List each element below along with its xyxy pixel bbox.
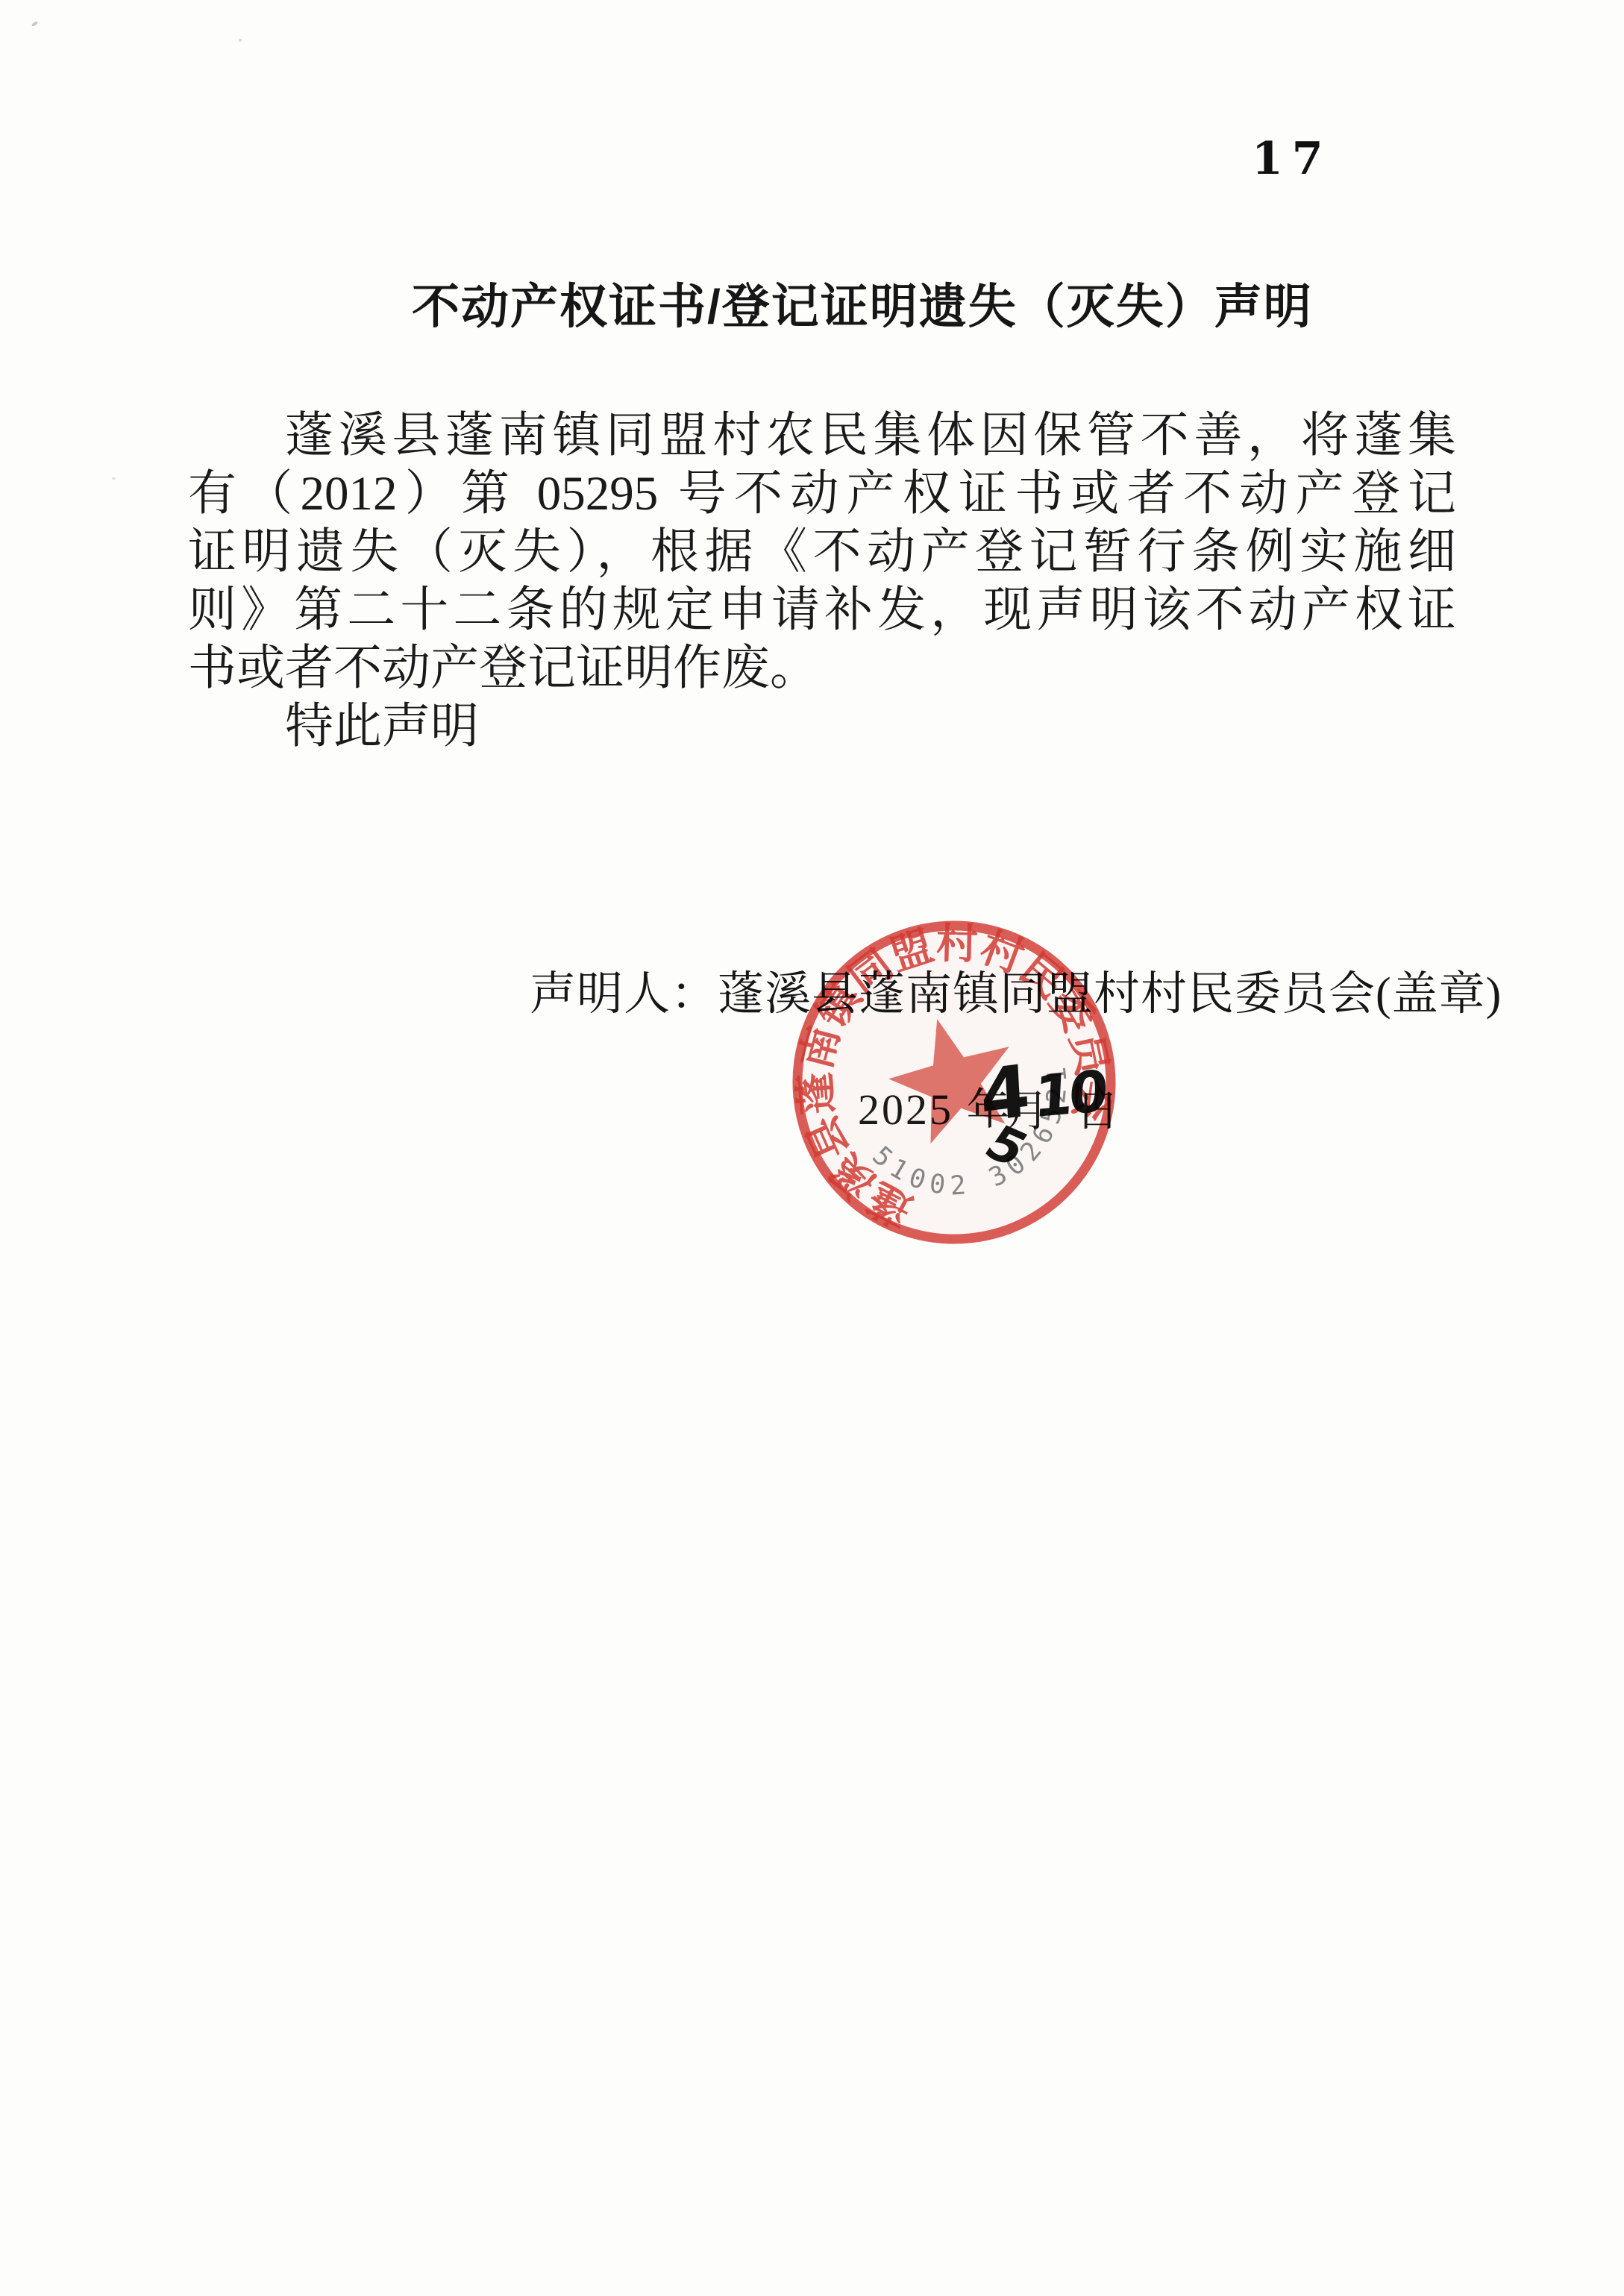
page-number: 17 [1252,133,1332,185]
body-line: 有（2012）第 05295 号不动产权证书或者不动产登记 [188,465,1456,523]
scan-artifact [31,21,39,27]
body-line: 证明遗失（灭失），根据《不动产登记暂行条例实施细 [188,523,1456,581]
body-closing-line: 特此声明 [188,697,1456,756]
scanned-document-page: 17 不动产权证书/登记证明遗失（灭失）声明 蓬溪县蓬南镇同盟村农民集体因保管不… [0,0,1624,2296]
document-title: 不动产权证书/登记证明遗失（灭失）声明 [412,269,1322,337]
body-line: 则》第二十二条的规定申请补发，现声明该不动产权证 [188,581,1456,639]
body-line: 书或者不动产登记证明作废。 [188,639,1456,697]
scan-artifact [112,477,116,480]
scan-artifact [239,39,242,42]
declaration-body: 蓬溪县蓬南镇同盟村农民集体因保管不善，将蓬集 有（2012）第 05295 号不… [188,407,1456,756]
official-seal: 蓬溪县蓬南镇同盟村村民委员会 51002 3026521 [782,912,1126,1253]
body-line: 蓬溪县蓬南镇同盟村农民集体因保管不善，将蓬集 [188,407,1456,465]
